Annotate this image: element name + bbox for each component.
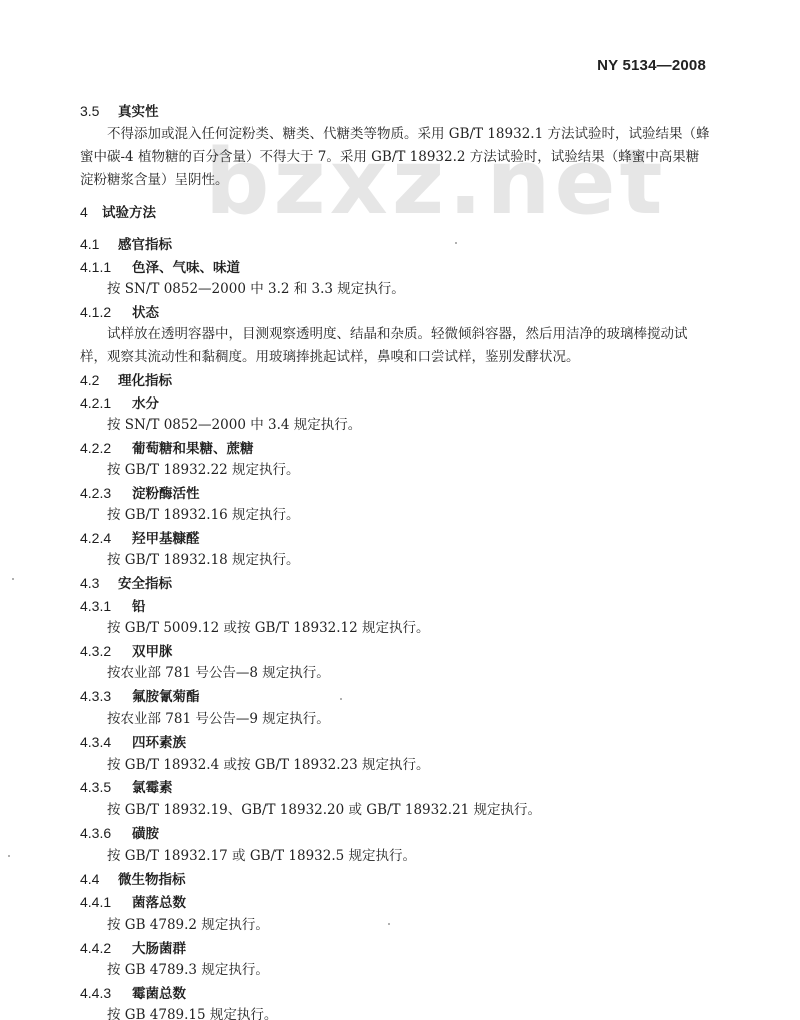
- standard-code-header: NY 5134—2008: [597, 57, 706, 74]
- scan-speck: [12, 578, 14, 580]
- section-text: 按 GB 4789.3 规定执行。: [107, 961, 269, 979]
- section-number: 4.3: [80, 574, 118, 592]
- section-heading-4-2: 4.2理化指标: [80, 371, 172, 390]
- section-number: 4.3.5: [80, 778, 132, 796]
- section-title: 葡萄糖和果糖、蔗糖: [132, 441, 254, 457]
- section-heading-4-4-1: 4.4.1菌落总数: [80, 893, 186, 912]
- section-number: 4.4.1: [80, 893, 132, 911]
- section-title: 菌落总数: [132, 895, 186, 911]
- section-number: 3.5: [80, 102, 118, 120]
- section-title: 理化指标: [118, 373, 172, 389]
- section-text: 按 GB 4789.15 规定执行。: [107, 1006, 277, 1020]
- section-title: 氯霉素: [132, 780, 173, 796]
- section-text: 按 GB/T 18932.22 规定执行。: [107, 461, 300, 479]
- paragraph-line: 淀粉糖浆含量）呈阴性。: [80, 171, 229, 189]
- section-heading-4-3: 4.3安全指标: [80, 574, 172, 593]
- section-text: 按 GB/T 18932.19、GB/T 18932.20 或 GB/T 189…: [107, 801, 541, 819]
- section-text: 按 GB/T 18932.16 规定执行。: [107, 506, 300, 524]
- section-text: 按农业部 781 号公告—9 规定执行。: [107, 710, 330, 728]
- section-heading-4-3-6: 4.3.6磺胺: [80, 824, 159, 843]
- section-title: 感官指标: [118, 237, 172, 253]
- section-title: 氟胺氰菊酯: [132, 689, 200, 705]
- section-heading-4-3-4: 4.3.4四环素族: [80, 733, 186, 752]
- section-heading-4-3-5: 4.3.5氯霉素: [80, 778, 173, 797]
- section-heading-4-3-1: 4.3.1铅: [80, 597, 146, 616]
- scan-speck: [388, 923, 390, 925]
- section-heading-4-1: 4.1感官指标: [80, 235, 172, 254]
- section-heading-4-4: 4.4微生物指标: [80, 870, 186, 889]
- section-title: 安全指标: [118, 576, 172, 592]
- paragraph-line: 蜜中碳-4 植物糖的百分含量）不得大于 7。采用 GB/T 18932.2 方法…: [80, 148, 699, 166]
- section-title: 铅: [132, 599, 146, 615]
- section-number: 4.2: [80, 371, 118, 389]
- section-title: 状态: [132, 305, 159, 321]
- scan-speck: [455, 242, 457, 244]
- scan-speck: [340, 698, 342, 700]
- section-heading-4-4-3: 4.4.3霉菌总数: [80, 984, 186, 1003]
- section-heading-4-2-4: 4.2.4羟甲基糠醛: [80, 529, 200, 548]
- section-title: 色泽、气味、味道: [132, 260, 240, 276]
- section-heading-4: 4试验方法: [80, 203, 156, 222]
- section-title: 微生物指标: [118, 872, 186, 888]
- section-heading-4-2-2: 4.2.2葡萄糖和果糖、蔗糖: [80, 439, 254, 458]
- section-heading-4-3-2: 4.3.2双甲脒: [80, 642, 173, 661]
- paragraph-line: 试样放在透明容器中，目测观察透明度、结晶和杂质。轻微倾斜容器，然后用洁净的玻璃棒…: [107, 325, 688, 343]
- section-title: 水分: [132, 396, 159, 412]
- paragraph-line: 样，观察其流动性和黏稠度。用玻璃捧挑起试样，鼻嗅和口尝试样，鉴别发酵状况。: [80, 348, 580, 366]
- section-title: 羟甲基糠醛: [132, 531, 200, 547]
- paragraph-line: 不得添加或混入任何淀粉类、糖类、代糖类等物质。采用 GB/T 18932.1 方…: [107, 125, 709, 143]
- section-number: 4.2.2: [80, 439, 132, 457]
- section-number: 4.1.1: [80, 258, 132, 276]
- section-heading-4-2-3: 4.2.3淀粉酶活性: [80, 484, 200, 503]
- section-number: 4.4: [80, 870, 118, 888]
- section-text: 按 GB/T 5009.12 或按 GB/T 18932.12 规定执行。: [107, 619, 430, 637]
- section-title: 霉菌总数: [132, 986, 186, 1002]
- section-title: 淀粉酶活性: [132, 486, 200, 502]
- section-number: 4.2.1: [80, 394, 132, 412]
- section-number: 4.1.2: [80, 303, 132, 321]
- section-heading-3-5: 3.5真实性: [80, 102, 159, 121]
- section-title: 磺胺: [132, 826, 159, 842]
- section-text: 按农业部 781 号公告—8 规定执行。: [107, 664, 330, 682]
- section-number: 4.4.3: [80, 984, 132, 1002]
- section-text: 按 GB 4789.2 规定执行。: [107, 916, 269, 934]
- scan-speck: [8, 855, 10, 857]
- section-text: 按 GB/T 18932.4 或按 GB/T 18932.23 规定执行。: [107, 756, 430, 774]
- section-number: 4.3.4: [80, 733, 132, 751]
- section-number: 4.3.3: [80, 687, 132, 705]
- section-title: 真实性: [118, 104, 159, 120]
- section-heading-4-1-2: 4.1.2状态: [80, 303, 159, 322]
- section-text: 按 GB/T 18932.18 规定执行。: [107, 551, 300, 569]
- section-number: 4.3.6: [80, 824, 132, 842]
- section-number: 4.4.2: [80, 939, 132, 957]
- section-text: 按 SN/T 0852—2000 中 3.2 和 3.3 规定执行。: [107, 280, 405, 298]
- section-text: 按 GB/T 18932.17 或 GB/T 18932.5 规定执行。: [107, 847, 416, 865]
- section-title: 四环素族: [132, 735, 186, 751]
- section-title: 双甲脒: [132, 644, 173, 660]
- section-title: 大肠菌群: [132, 941, 186, 957]
- section-title: 试验方法: [102, 205, 156, 221]
- section-number: 4.3.2: [80, 642, 132, 660]
- section-heading-4-2-1: 4.2.1水分: [80, 394, 159, 413]
- section-number: 4.3.1: [80, 597, 132, 615]
- section-text: 按 SN/T 0852—2000 中 3.4 规定执行。: [107, 416, 361, 434]
- section-heading-4-3-3: 4.3.3氟胺氰菊酯: [80, 687, 200, 706]
- section-heading-4-4-2: 4.4.2大肠菌群: [80, 939, 186, 958]
- section-number: 4.2.3: [80, 484, 132, 502]
- section-number: 4.1: [80, 235, 118, 253]
- section-heading-4-1-1: 4.1.1色泽、气味、味道: [80, 258, 240, 277]
- section-number: 4.2.4: [80, 529, 132, 547]
- section-number: 4: [80, 203, 102, 221]
